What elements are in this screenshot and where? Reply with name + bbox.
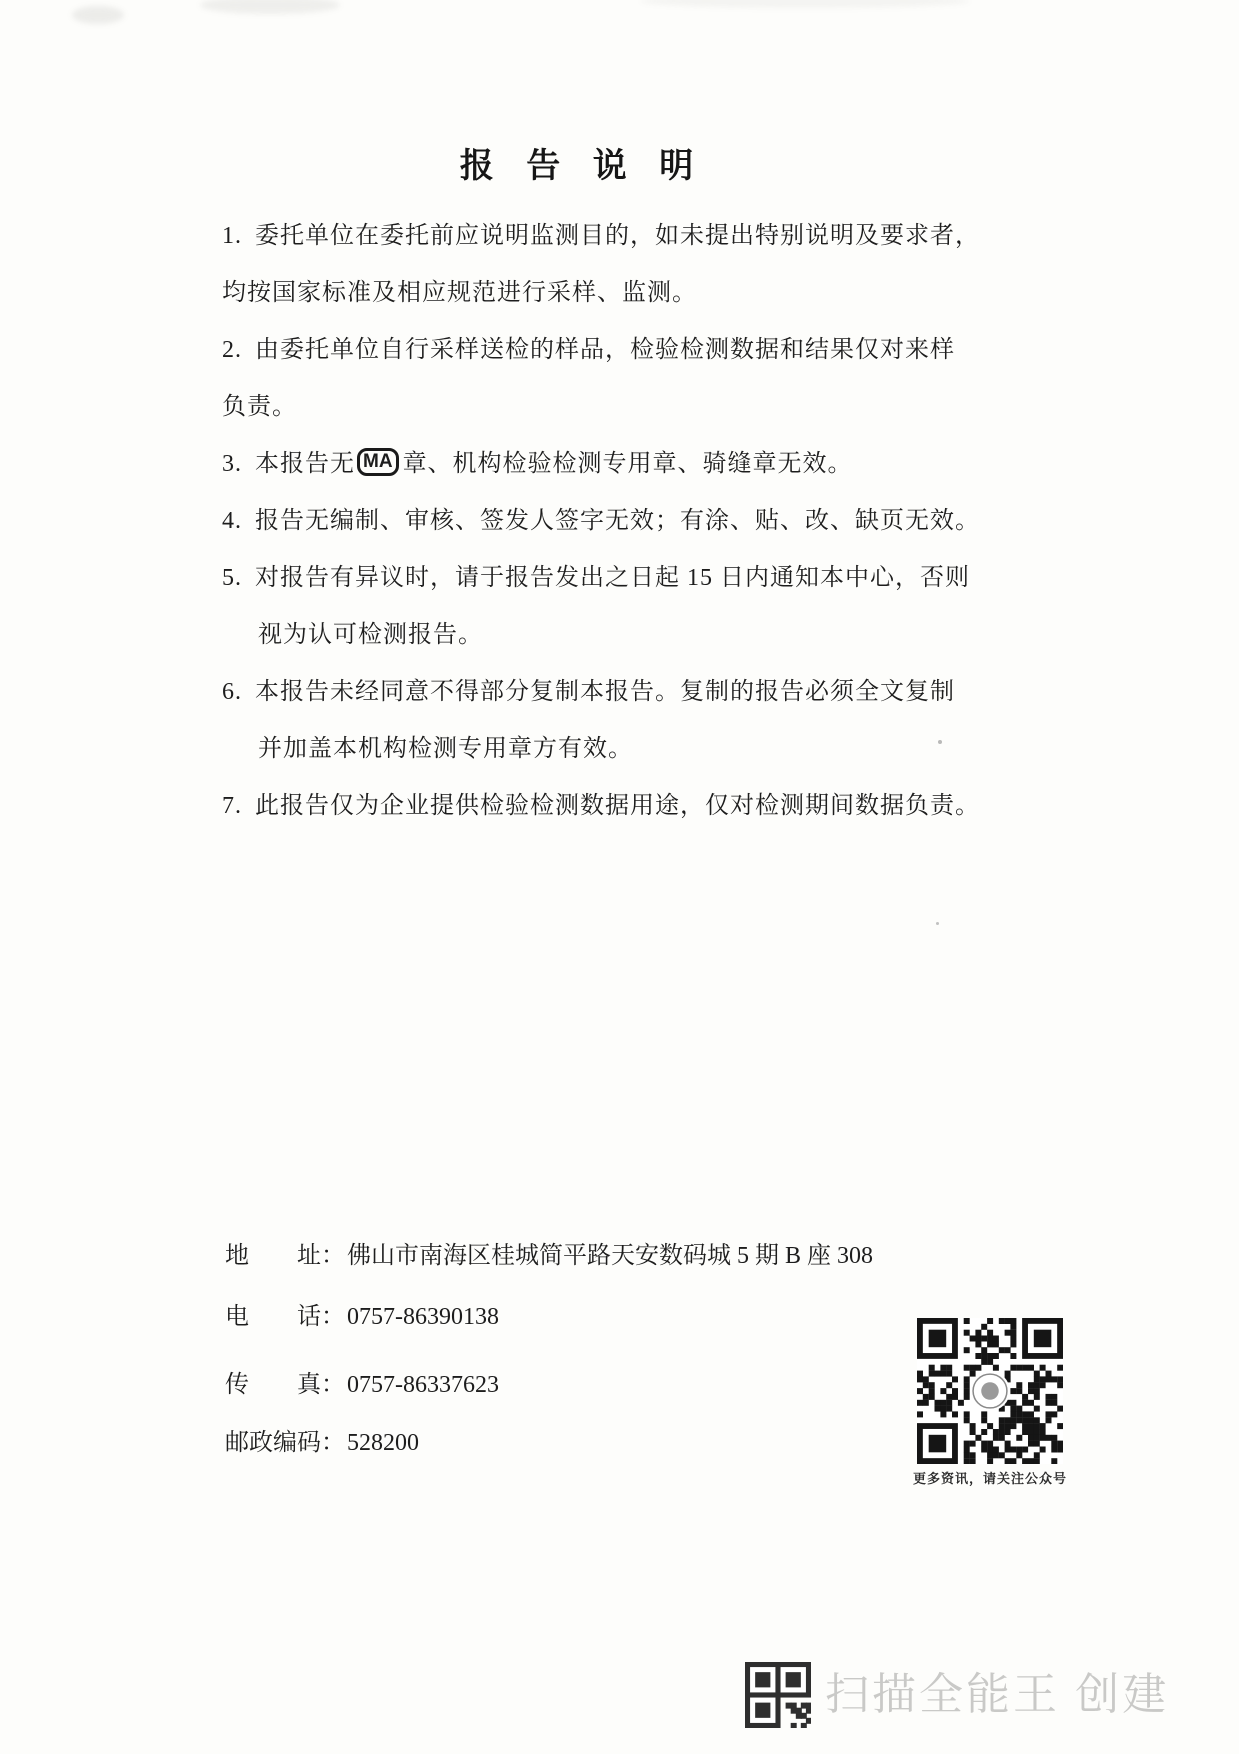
note-text: 此报告仅为企业提供检验检测数据用途，仅对检测期间数据负责。 xyxy=(255,793,980,819)
contact-address-row: 地 址：佛山市南海区桂城简平路天安数码城 5 期 B 座 308 xyxy=(225,1236,873,1276)
note-text: 章、机构检验检测专用章、骑缝章无效。 xyxy=(403,451,853,477)
note-text: 本报告无 xyxy=(255,451,355,477)
note-line: 负责。 xyxy=(222,379,970,436)
note-item-2: 2.由委托单位自行采样送检的样品，检验检测数据和结果仅对来样 负责。 xyxy=(222,322,970,436)
page-title: 报 告 说 明 xyxy=(0,138,1202,187)
note-text: 报告无编制、审核、签发人签字无效；有涂、贴、改、缺页无效。 xyxy=(255,508,980,534)
contact-fax-row: 传 真：0757-86337623 xyxy=(225,1365,499,1405)
note-line: 2.由委托单位自行采样送检的样品，检验检测数据和结果仅对来样 xyxy=(222,322,970,379)
note-text: 委托单位在委托前应说明监测目的，如未提出特别说明及要求者， xyxy=(255,223,980,249)
note-number: 4. xyxy=(222,493,242,550)
note-item-5: 5.对报告有异议时，请于报告发出之日起 15 日内通知本中心，否则 视为认可检测… xyxy=(222,550,970,664)
watermark-text: 扫描全能王 创建 xyxy=(825,1660,1169,1730)
contact-postal-row: 邮政编码：528200 xyxy=(225,1423,419,1463)
address-value: 佛山市南海区桂城简平路天安数码城 5 期 B 座 308 xyxy=(347,1243,873,1269)
note-number: 5. xyxy=(222,550,242,607)
scan-smudge xyxy=(200,0,340,14)
phone-label: 电 话： xyxy=(225,1297,347,1337)
postal-label: 邮政编码： xyxy=(225,1423,347,1463)
note-number: 6. xyxy=(222,664,242,721)
note-line: 均按国家标准及相应规范进行采样、监测。 xyxy=(222,265,970,322)
note-number: 2. xyxy=(222,322,242,379)
scan-smudge xyxy=(72,6,124,24)
note-text: 本报告未经同意不得部分复制本报告。复制的报告必须全文复制 xyxy=(255,679,955,705)
cma-stamp-letters: MA xyxy=(363,451,393,472)
note-text: 对报告有异议时，请于报告发出之日起 15 日内通知本中心，否则 xyxy=(255,565,970,591)
note-number: 3. xyxy=(222,436,242,493)
note-item-7: 7.此报告仅为企业提供检验检测数据用途，仅对检测期间数据负责。 xyxy=(222,778,970,835)
note-line: 5.对报告有异议时，请于报告发出之日起 15 日内通知本中心，否则 xyxy=(222,550,970,607)
note-number: 1. xyxy=(222,208,242,265)
postal-value: 528200 xyxy=(347,1430,419,1456)
note-line: 1.委托单位在委托前应说明监测目的，如未提出特别说明及要求者， xyxy=(222,208,970,265)
scan-smudge xyxy=(640,0,970,8)
note-item-3: 3.本报告无MA章、机构检验检测专用章、骑缝章无效。 xyxy=(222,436,970,493)
scan-speck xyxy=(936,922,939,925)
report-notes: 1.委托单位在委托前应说明监测目的，如未提出特别说明及要求者， 均按国家标准及相… xyxy=(222,208,970,835)
fax-value: 0757-86337623 xyxy=(347,1372,499,1398)
note-line: 7.此报告仅为企业提供检验检测数据用途，仅对检测期间数据负责。 xyxy=(222,778,970,835)
public-account-qr-code xyxy=(917,1318,1063,1464)
qr-caption: 更多资讯，请关注公众号 xyxy=(910,1468,1070,1487)
public-account-qr-block: 更多资讯，请关注公众号 xyxy=(910,1318,1070,1487)
phone-value: 0757-86390138 xyxy=(347,1304,499,1330)
note-item-1: 1.委托单位在委托前应说明监测目的，如未提出特别说明及要求者， 均按国家标准及相… xyxy=(222,208,970,322)
note-line: 6.本报告未经同意不得部分复制本报告。复制的报告必须全文复制 xyxy=(222,664,970,721)
note-item-6: 6.本报告未经同意不得部分复制本报告。复制的报告必须全文复制 并加盖本机构检测专… xyxy=(222,664,970,778)
camscanner-qr-icon xyxy=(745,1662,811,1728)
note-line: 并加盖本机构检测专用章方有效。 xyxy=(222,721,970,778)
cma-stamp-logo: MA xyxy=(357,448,399,476)
note-line: 视为认可检测报告。 xyxy=(222,607,970,664)
contact-phone-row: 电 话：0757-86390138 xyxy=(225,1297,499,1337)
note-line: 3.本报告无MA章、机构检验检测专用章、骑缝章无效。 xyxy=(222,436,970,493)
note-text: 由委托单位自行采样送检的样品，检验检测数据和结果仅对来样 xyxy=(255,337,955,363)
fax-label: 传 真： xyxy=(225,1365,347,1405)
note-item-4: 4.报告无编制、审核、签发人签字无效；有涂、贴、改、缺页无效。 xyxy=(222,493,970,550)
address-label: 地 址： xyxy=(225,1236,347,1276)
note-number: 7. xyxy=(222,778,242,835)
note-line: 4.报告无编制、审核、签发人签字无效；有涂、贴、改、缺页无效。 xyxy=(222,493,970,550)
